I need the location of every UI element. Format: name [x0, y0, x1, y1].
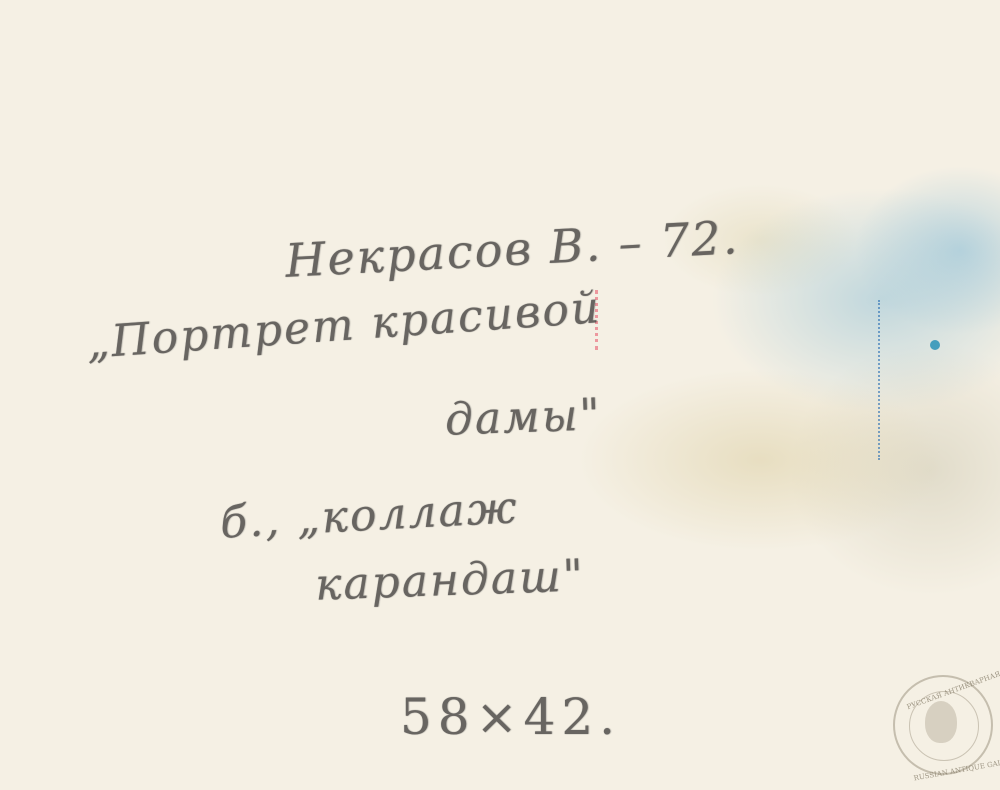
inscription-dimensions: 58×42. [400, 688, 621, 746]
gallery-watermark: РУССКАЯ АНТИКВАРНАЯ ГАЛЕРЕЯ RUSSIAN ANTI… [893, 675, 993, 775]
inscription-title-line-2: дамы" [444, 389, 602, 445]
inscription-medium-line-2: карандаш" [314, 550, 586, 610]
woman-portrait-medallion-icon [925, 701, 957, 743]
blue-ink-stain [878, 300, 884, 460]
blue-ink-dot [930, 340, 940, 350]
